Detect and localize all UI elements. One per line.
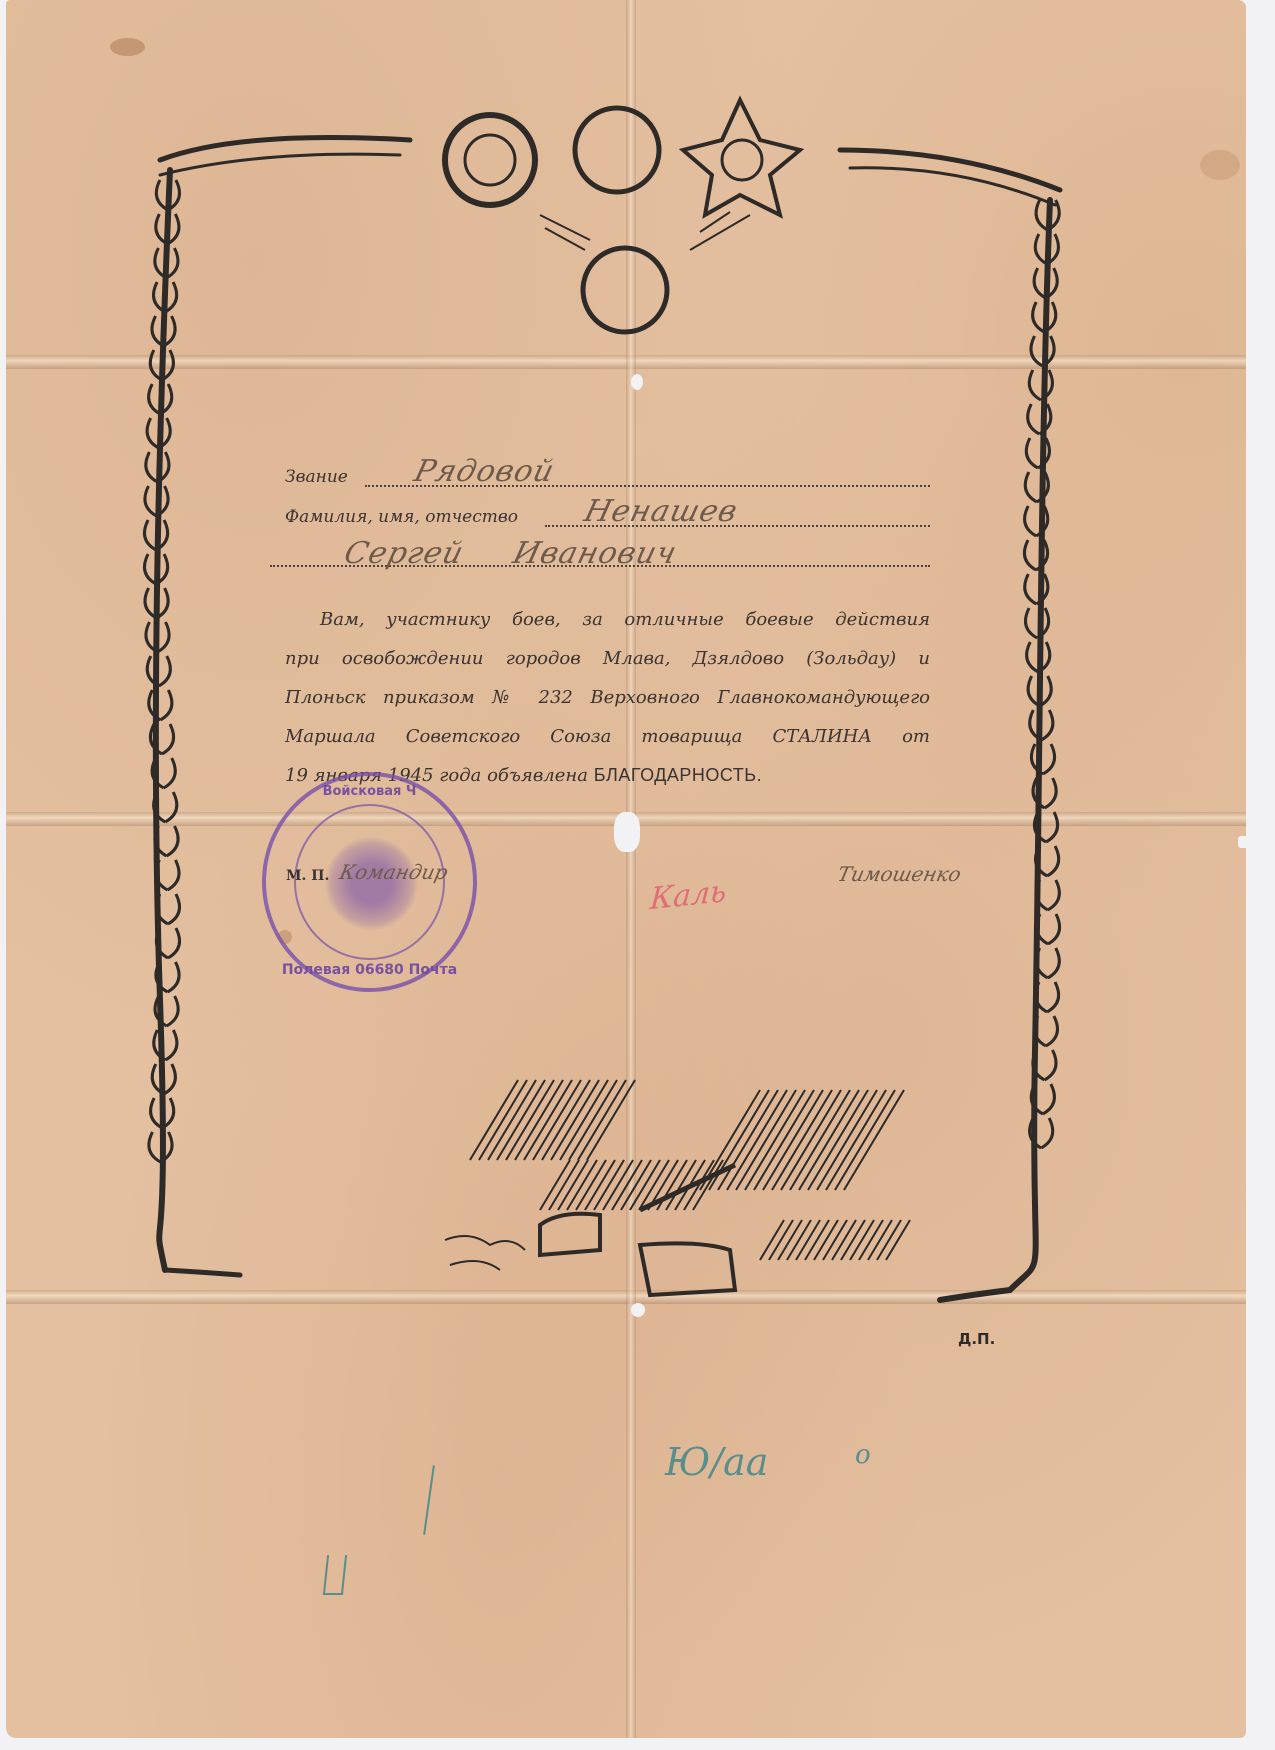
order-star-icon <box>683 100 800 215</box>
artist-initials: Д.П. <box>958 1330 995 1348</box>
commander-signature: Командир <box>337 860 450 884</box>
decorative-border <box>0 0 1275 1750</box>
gratitude-word: БЛАГОДАРНОСТЬ. <box>594 765 762 785</box>
stamp-bottom-text: Полевая 06680 Почта <box>266 962 473 978</box>
recipient-form: Звание Рядовой Фамилия, имя, отчество Не… <box>285 455 930 575</box>
name-row-2: Сергей Иванович <box>285 535 930 575</box>
citation-line: при освобождении городов Млава, Дзялдово… <box>285 639 930 678</box>
rank-value: Рядовой <box>411 454 559 489</box>
citation-line: Вам, участнику боев, за отличные боевые … <box>285 600 930 639</box>
citation-text: Вам, участнику боев, за отличные боевые … <box>285 600 930 795</box>
right-signature: Тимошенко <box>835 862 963 886</box>
surname-value: Ненашев <box>581 494 742 529</box>
citation-line: Маршала Советского Союза товарища СТАЛИН… <box>285 717 930 756</box>
citation-line: Плоньск приказом № 232 Верховного Главно… <box>285 678 930 717</box>
pencil-note: о <box>855 1440 871 1470</box>
seal-place-label: М. П. <box>286 868 329 884</box>
order-of-red-banner-icon <box>575 108 659 192</box>
rank-row: Звание Рядовой <box>285 455 930 495</box>
pencil-note: Ю/аа <box>665 1440 768 1484</box>
name-row: Фамилия, имя, отчество Ненашев <box>285 495 930 535</box>
pencil-mark <box>323 1555 347 1595</box>
rank-label: Звание <box>285 467 348 487</box>
stamp-top-text: Войсковая Ч <box>266 784 473 799</box>
name-label: Фамилия, имя, отчество <box>285 507 518 527</box>
name-value: Сергей Иванович <box>341 536 681 571</box>
order-of-lenin-icon <box>445 115 535 205</box>
order-medal-icon <box>583 248 667 332</box>
tank-scene-illustration <box>445 1080 910 1295</box>
